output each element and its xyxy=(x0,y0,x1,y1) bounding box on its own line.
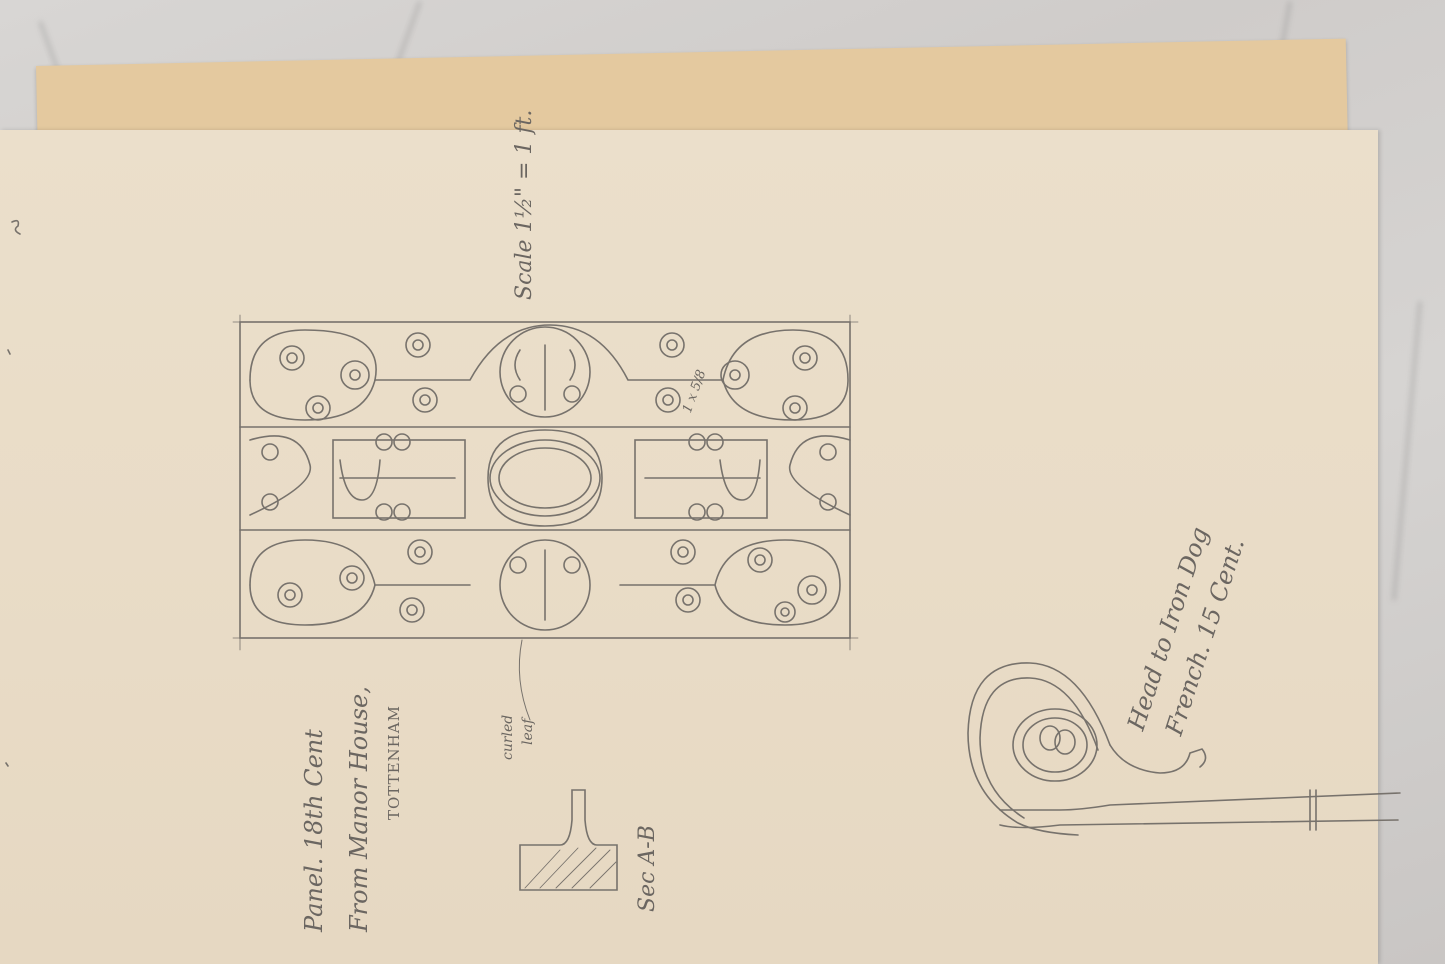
pencil-drawings xyxy=(0,0,1445,964)
section-label: Sec A-B xyxy=(635,825,660,912)
curled-label: curled xyxy=(500,715,516,760)
margin-mark xyxy=(12,221,20,234)
scale-note: Scale 1½" = 1 ft. xyxy=(512,110,537,300)
panel-location-note: TOTTENHAM xyxy=(385,705,403,820)
section-a-b xyxy=(520,790,617,890)
panel-source-note: From Manor House, xyxy=(345,686,373,932)
leaf-label: leaf xyxy=(520,719,536,745)
ironwork-panel xyxy=(233,315,858,720)
panel-title-note: Panel. 18th Cent xyxy=(300,729,328,932)
